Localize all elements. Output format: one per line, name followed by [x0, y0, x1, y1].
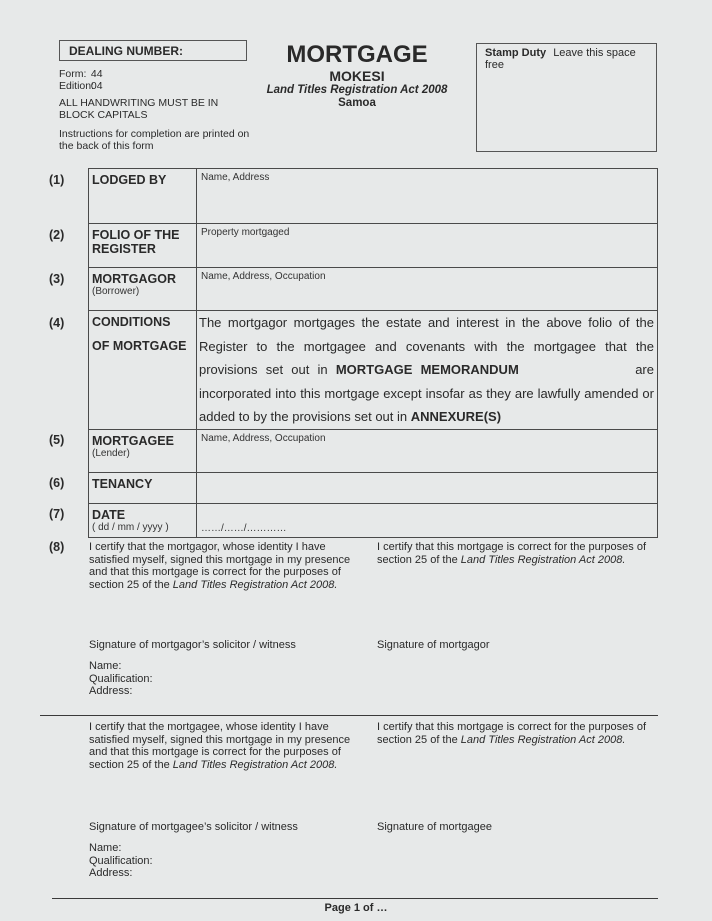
mortgagor-signature-label: Signature of mortgagor [377, 639, 490, 651]
row-lodged-by: LODGED BY Name, Address [89, 169, 658, 224]
date-field[interactable]: ……/……/………… [197, 503, 658, 537]
witness-address-label: Address: [89, 685, 153, 698]
tenancy-field[interactable] [197, 472, 658, 503]
mortgagor-signature[interactable]: Signature of mortgagor [377, 639, 490, 651]
date-label: DATE [92, 508, 196, 522]
row-number: (1) [49, 173, 64, 187]
mortgagor-witness-certification: I certify that the mortgagor, whose iden… [89, 541, 369, 591]
mortgagee-label-cell: MORTGAGEE (Lender) [89, 429, 197, 472]
page-title: MORTGAGE [250, 42, 464, 68]
title-block: MORTGAGE MOKESI Land Titles Registration… [250, 42, 464, 110]
form-info: Form: 44 Edition: 04 [59, 68, 103, 92]
date-label-cell: DATE ( dd / mm / yyyy ) [89, 503, 197, 537]
witness-name-label: Name: [89, 842, 153, 855]
edition-number: 04 [91, 80, 103, 92]
date-placeholder: ……/……/………… [201, 523, 287, 534]
mortgagor-witness-signature-label: Signature of mortgagor’s solicitor / wit… [89, 639, 296, 651]
annexures-ref: ANNEXURE(S) [411, 409, 501, 424]
row-number: (3) [49, 272, 64, 286]
lodged-by-hint: Name, Address [201, 172, 269, 183]
row-number: (4) [49, 316, 64, 330]
folio-label-cell: FOLIO OF THE REGISTER [89, 224, 197, 268]
mortgagee-certification: I certify that this mortgage is correct … [377, 721, 657, 746]
mortgagor-label-cell: MORTGAGOR (Borrower) [89, 268, 197, 311]
mortgagee-sublabel: (Lender) [92, 448, 196, 460]
mortgagor-witness-signature[interactable]: Signature of mortgagor’s solicitor / wit… [89, 639, 296, 651]
tenancy-label: TENANCY [92, 477, 196, 491]
mortgagee-witness-certification: I certify that the mortgagee, whose iden… [89, 721, 369, 771]
witness-name-label: Name: [89, 660, 153, 673]
instructions-note: Instructions for completion are printed … [59, 128, 249, 152]
mortgagee-hint: Name, Address, Occupation [201, 433, 326, 444]
row-number: (7) [49, 507, 64, 521]
act-name: Land Titles Registration Act 2008 [250, 84, 464, 97]
lodged-by-label: LODGED BY [92, 173, 196, 187]
lodged-by-field[interactable]: Name, Address [197, 169, 658, 224]
section-divider [40, 715, 658, 716]
stamp-duty-label: Stamp Duty [485, 47, 546, 59]
mortgagor-hint: Name, Address, Occupation [201, 271, 326, 282]
footer-divider [52, 898, 658, 899]
conditions-text-cell: The mortgagor mortgages the estate and i… [197, 311, 658, 430]
conditions-label-line1: CONDITIONS [92, 311, 196, 335]
row-folio: FOLIO OF THE REGISTER Property mortgaged [89, 224, 658, 268]
folio-label: FOLIO OF THE REGISTER [92, 228, 188, 256]
row-number: (8) [49, 540, 64, 554]
handwriting-note: ALL HANDWRITING MUST BE IN BLOCK CAPITAL… [59, 97, 218, 121]
mortgagor-sublabel: (Borrower) [92, 286, 196, 298]
act-reference: Land Titles Registration Act 2008. [173, 579, 338, 591]
page-subtitle: MOKESI [250, 68, 464, 84]
mortgagee-field[interactable]: Name, Address, Occupation [197, 429, 658, 472]
act-reference: Land Titles Registration Act 2008. [461, 734, 626, 746]
folio-field[interactable]: Property mortgaged [197, 224, 658, 268]
edition-label: Edition: [59, 80, 88, 92]
witness-qualification-label: Qualification: [89, 855, 153, 868]
witness-qualification-label: Qualification: [89, 673, 153, 686]
lodged-by-label-cell: LODGED BY [89, 169, 197, 224]
mortgagee-witness-details: Name: Qualification: Address: [89, 842, 153, 880]
mortgagor-witness-details: Name: Qualification: Address: [89, 660, 153, 698]
stamp-duty-box[interactable]: Stamp Duty Leave this space free [476, 43, 657, 152]
row-number: (6) [49, 476, 64, 490]
mortgagor-certification: I certify that this mortgage is correct … [377, 541, 657, 566]
mortgagee-signature-label: Signature of mortgagee [377, 821, 492, 833]
conditions-label-line2: OF MORTGAGE [92, 335, 196, 359]
row-conditions: CONDITIONS OF MORTGAGE The mortgagor mor… [89, 311, 658, 430]
act-reference: Land Titles Registration Act 2008. [461, 554, 626, 566]
row-date: DATE ( dd / mm / yyyy ) ……/……/………… [89, 503, 658, 537]
tenancy-label-cell: TENANCY [89, 472, 197, 503]
row-number: (5) [49, 433, 64, 447]
mortgage-memorandum-ref: MORTGAGE MEMORANDUM [336, 362, 519, 377]
instructions-line1: Instructions for completion are printed … [59, 128, 249, 140]
instructions-line2: the back of this form [59, 140, 249, 152]
mortgagee-signature[interactable]: Signature of mortgagee [377, 821, 492, 833]
dealing-number-field[interactable]: DEALING NUMBER: [59, 40, 247, 61]
country-name: Samoa [250, 97, 464, 110]
date-format-hint: ( dd / mm / yyyy ) [92, 522, 196, 534]
conditions-label-cell: CONDITIONS OF MORTGAGE [89, 311, 197, 430]
folio-hint: Property mortgaged [201, 227, 289, 238]
act-reference: Land Titles Registration Act 2008. [173, 759, 338, 771]
mortgagee-label: MORTGAGEE [92, 434, 196, 448]
row-tenancy: TENANCY [89, 472, 658, 503]
witness-address-label: Address: [89, 867, 153, 880]
row-number: (2) [49, 228, 64, 242]
dealing-number-label: DEALING NUMBER: [69, 44, 183, 58]
mortgagee-witness-signature[interactable]: Signature of mortgagee’s solicitor / wit… [89, 821, 298, 833]
conditions-text: The mortgagor mortgages the estate and i… [197, 311, 657, 429]
mortgagee-witness-signature-label: Signature of mortgagee’s solicitor / wit… [89, 821, 298, 833]
mortgagor-field[interactable]: Name, Address, Occupation [197, 268, 658, 311]
mortgage-form-table: LODGED BY Name, Address FOLIO OF THE REG… [88, 168, 658, 538]
handwriting-note-line2: BLOCK CAPITALS [59, 109, 218, 121]
mortgagor-label: MORTGAGOR [92, 272, 196, 286]
form-label: Form: [59, 68, 88, 80]
row-mortgagor: MORTGAGOR (Borrower) Name, Address, Occu… [89, 268, 658, 311]
page-number: Page 1 of … [0, 902, 712, 914]
row-mortgagee: MORTGAGEE (Lender) Name, Address, Occupa… [89, 429, 658, 472]
handwriting-note-line1: ALL HANDWRITING MUST BE IN [59, 97, 218, 109]
form-number: 44 [91, 68, 103, 80]
